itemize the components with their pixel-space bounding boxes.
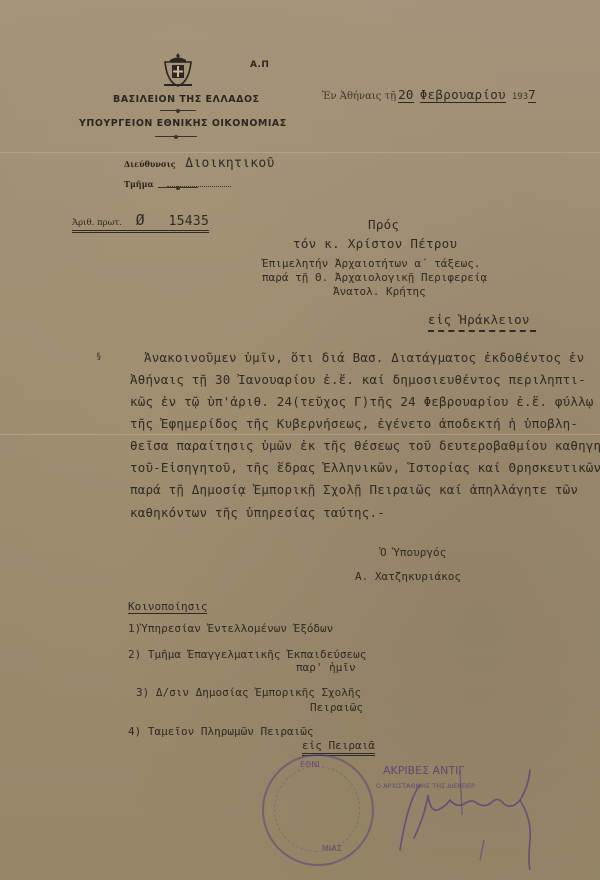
directorate-value: Διοικητικοῦ (185, 156, 274, 171)
seal-text-top: ΕΘΝΙ (300, 760, 320, 769)
date-year-digit: 7 (528, 87, 536, 103)
kingdom-title: ΒΑΣΙΛΕΙΟΝ ΤΗΣ ΕΛΛΑΔΟΣ (113, 94, 260, 105)
body-line: τῆς Ἐφημερίδος τῆς Κυβερνήσεως, ἐγένετο … (130, 416, 578, 431)
body-line: Ἀθήναις τῇ 30 Ἰανουαρίου ἐ.ἔ. καί δημοσι… (130, 372, 586, 387)
distribution-item: 4) Ταμεῖον Πληρωμῶν Πειραιῶς (128, 725, 313, 738)
distribution-item-number: 4) (128, 725, 141, 738)
place-date: Ἐν Ἀθήναις τῇ20 Φεβρουαρίου 1937 (322, 87, 536, 102)
signatory-name: Α. Χατζηκυριάκος (355, 570, 461, 583)
directorate-label: Διεύθυνσις (124, 159, 176, 169)
handwritten-signature-icon (380, 760, 560, 870)
distribution-item-number: 2) (128, 648, 141, 661)
classification-mark: Α.Π (250, 60, 269, 70)
distribution-item: 2) Τμῆμα Ἐπαγγελματικῆς Ἐκπαιδεύσεως (128, 648, 366, 661)
seal-text-bottom: ΜΙΑΣ (322, 844, 342, 853)
date-day: 20 (398, 87, 414, 103)
directorate-field: Διεύθυνσις Διοικητικοῦ (124, 152, 275, 171)
protocol-field: Ἀριθ. πρωτ. Ø 15435 (72, 210, 209, 233)
body-line: τοῦ-Εἰσηγητοῦ, τῆς ἕδρας Ἑλληνικῶν, Ἱστο… (130, 460, 600, 475)
official-round-seal: ΕΘΝΙ ΜΙΑΣ (262, 754, 374, 866)
distribution-item-number: 1) (128, 622, 141, 635)
protocol-label: Ἀριθ. πρωτ. (72, 218, 122, 228)
paper-fold-line (0, 434, 600, 435)
section-label: Τμῆμα (124, 179, 154, 189)
body-line: παρά τῇ Δημοσίᾳ Ἐμπορικῇ Σχολῇ Πειραιῶς … (130, 482, 578, 497)
date-year-prefix: 193 (512, 92, 528, 102)
seal-inner-ring (274, 766, 360, 852)
body-line: θεῖσα παραίτησις ὑμῶν ἐκ τῆς θέσεως τοῦ … (130, 438, 600, 453)
distribution-item-text: Ὑπηρεσίαν Ἐντελλομένων Ἐξόδων (141, 622, 333, 635)
distribution-item-line2: παρ' ἡμῖν (296, 661, 356, 674)
distribution-item: 3) Δ/σιν Δημοσίας Ἐμπορικῆς Σχολῆς (136, 686, 361, 699)
signatory-role: Ὁ Ὑπουργός (380, 546, 446, 559)
royal-crest-icon (162, 52, 194, 88)
distribution-item-line2: Πειραιῶς (310, 701, 363, 714)
place-date-prefix: Ἐν Ἀθήναις τῇ (322, 91, 396, 102)
protocol-prefix: Ø (136, 211, 145, 229)
body-line: κῶς ἐν τῷ ὑπ'ἀριθ. 24(τεῦχος Γ)τῆς 24 Φε… (130, 394, 594, 409)
ornament-divider (158, 187, 198, 188)
recipient-title-line: Ἀνατολ. Κρήτης (333, 285, 426, 298)
recipient-title-line: Ἐπιμελητήν Ἀρχαιοτήτων α΄ τάξεως. (262, 257, 481, 270)
recipient-title-line: παρά τῇ Θ. Ἀρχαιολογικῇ Περιφερείᾳ (262, 271, 487, 284)
distribution-item-text: Ταμεῖον Πληρωμῶν Πειραιῶς (148, 725, 314, 738)
distribution-heading: Κοινοποίησις (128, 600, 207, 614)
recipient-name: τόν κ. Χρίστον Πέτρου (293, 236, 457, 251)
signature-text: Δ.Βραχά (440, 800, 444, 801)
protocol-number: 15435 (169, 214, 210, 229)
distribution-item-text: Δ/σιν Δημοσίας Ἐμπορικῆς Σχολῆς (156, 686, 361, 699)
to-label: Πρός (368, 217, 399, 232)
body-line: Ἀνακοινοῦμεν ὑμῖν, ὅτι διά Βασ. Διατάγμα… (144, 350, 584, 365)
ornament-divider (155, 136, 197, 137)
ornament-divider (160, 110, 196, 111)
distribution-item-text: Τμῆμα Ἐπαγγελματικῆς Ἐκπαιδεύσεως (148, 648, 367, 661)
recipient-destination: εἰς Ἡράκλειον (428, 312, 536, 332)
distribution-item: 1)Ὑπηρεσίαν Ἐντελλομένων Ἐξόδων (128, 622, 333, 635)
body-line: καθηκόντων τῆς ὑπηρεσίας ταύτης.- (130, 505, 385, 520)
paragraph-mark: § (96, 352, 101, 362)
date-month: Φεβρουαρίου (420, 87, 506, 103)
distribution-item-number: 3) (136, 686, 149, 699)
ministry-title: ΥΠΟΥΡΓΕΙΟΝ ΕΘΝΙΚΗΣ ΟΙΚΟΝΟΜΙΑΣ (79, 118, 287, 129)
paper-fold-line (0, 152, 600, 153)
